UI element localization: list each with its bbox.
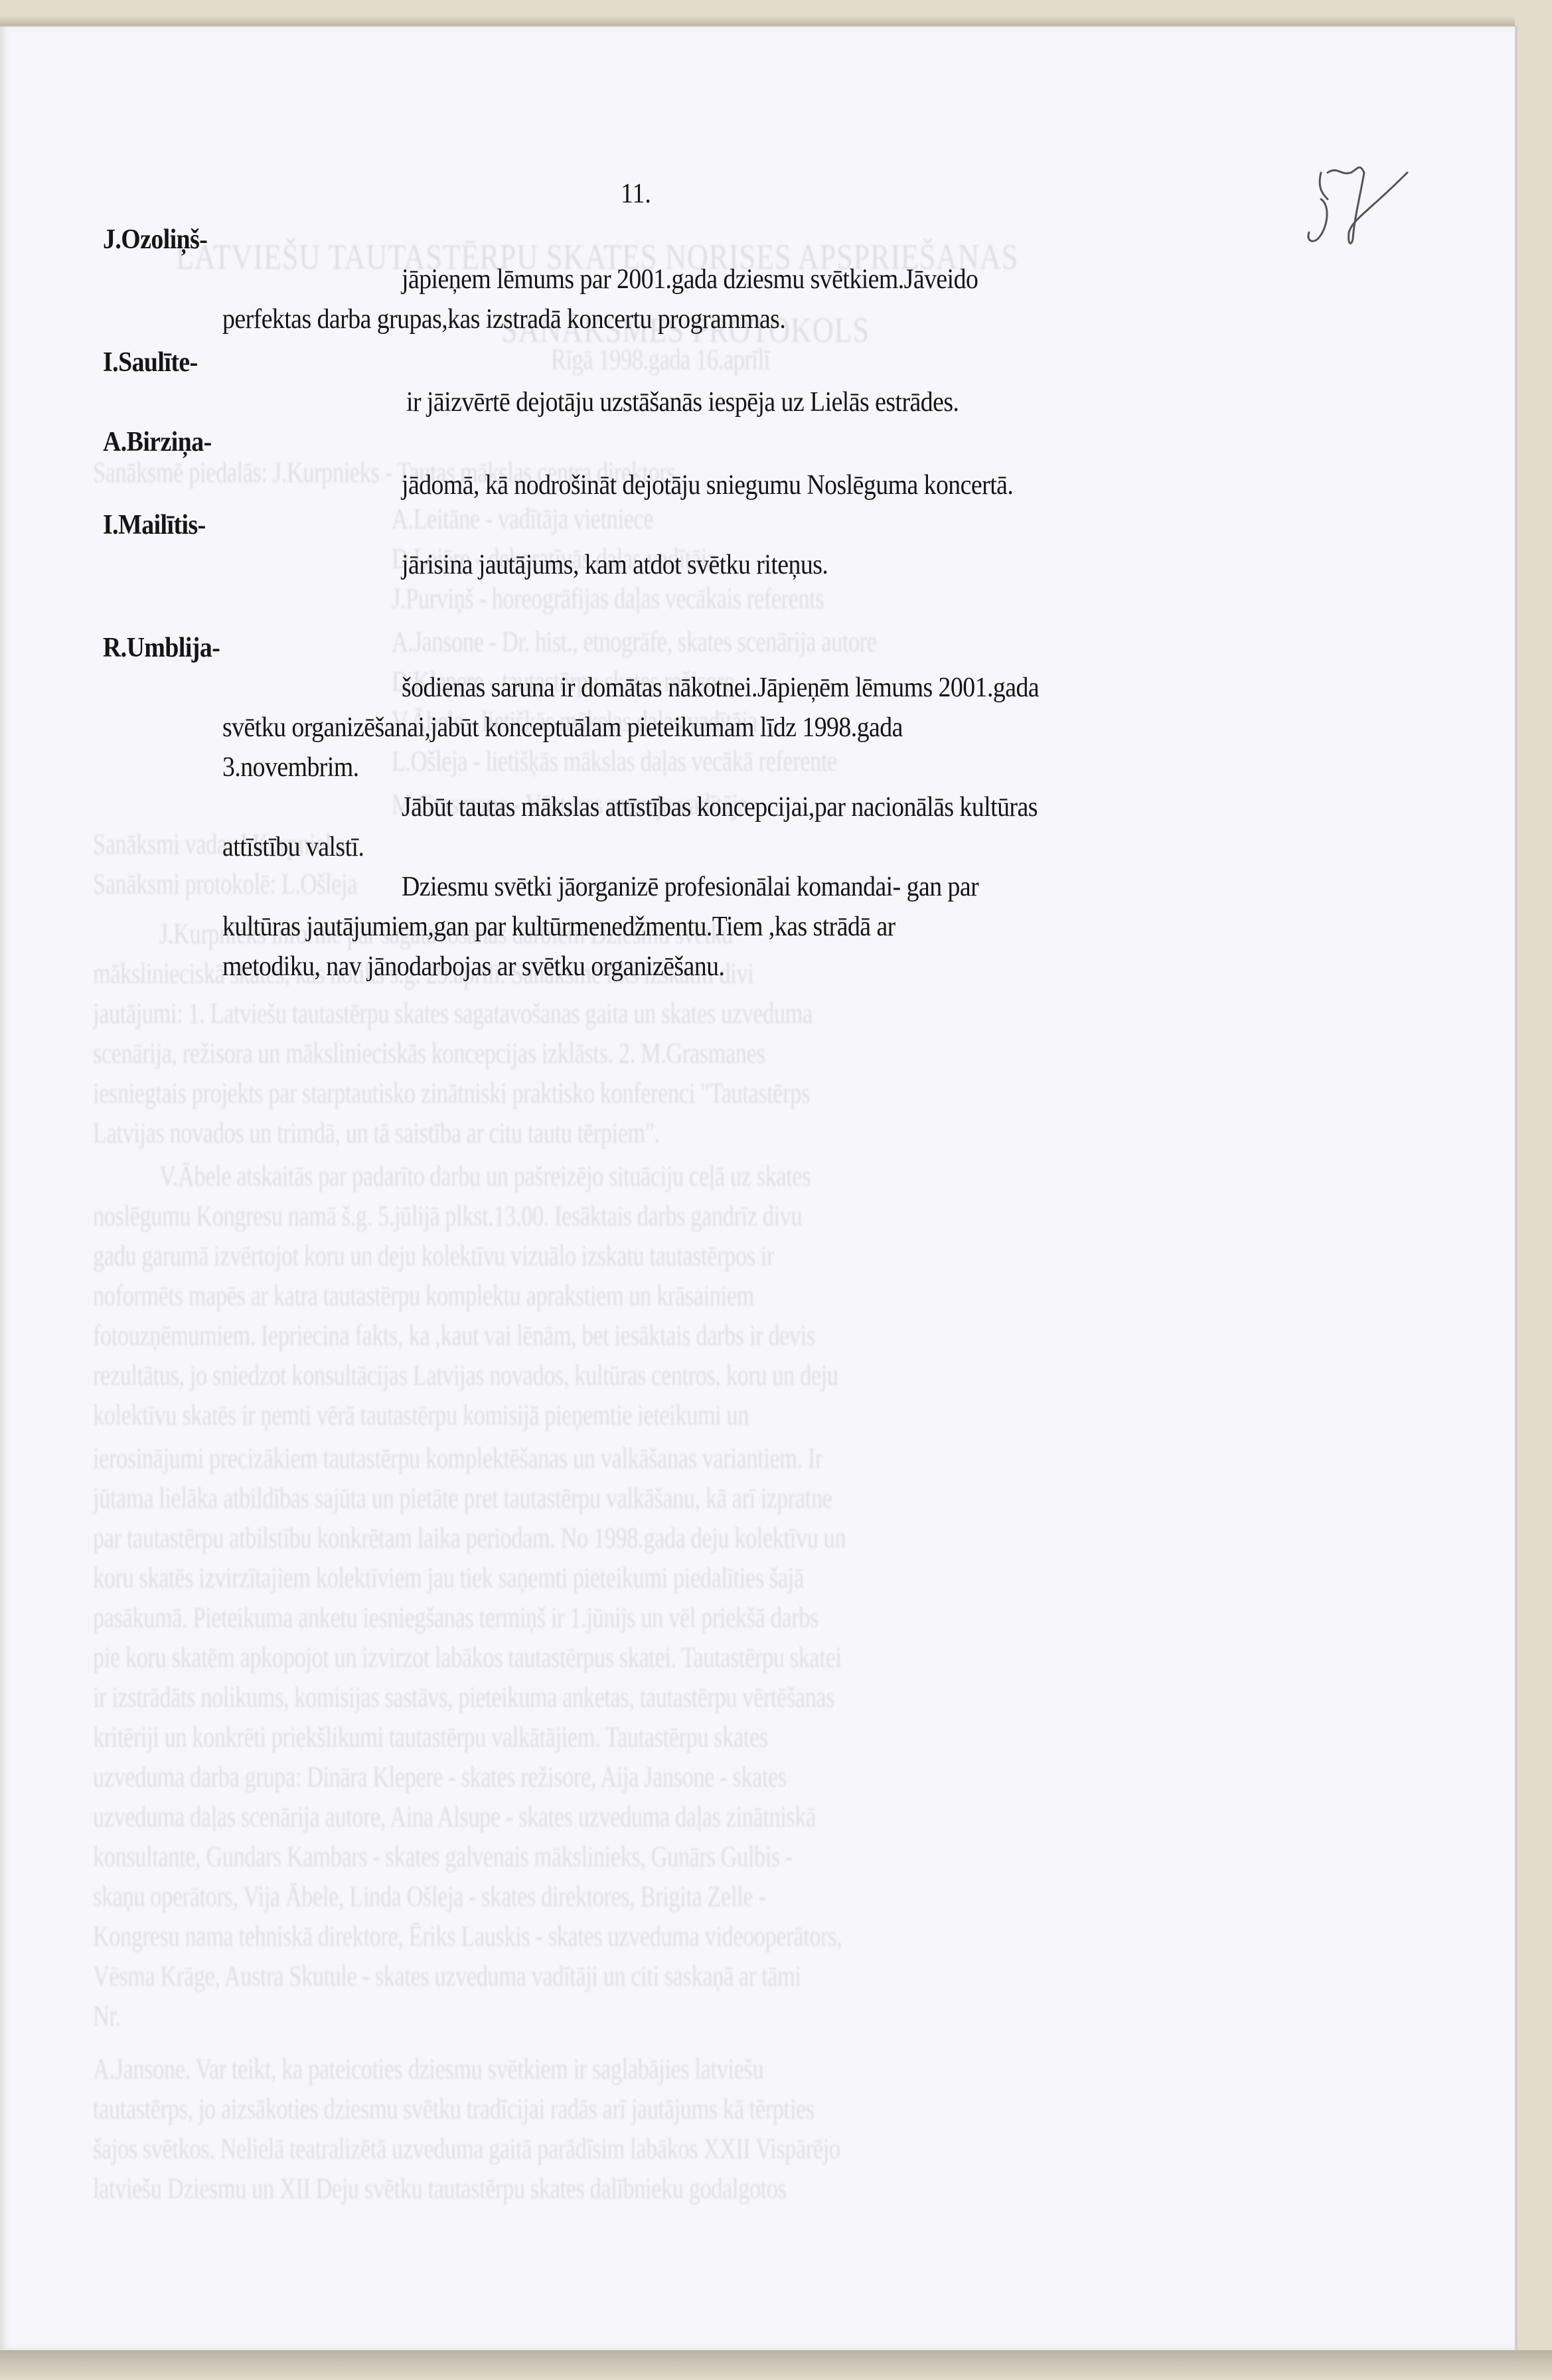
bleed-line: Kongresu nama tehniskā direktore, Ēriks …: [93, 1922, 842, 1951]
bleed-line: pasākumā. Pieteikuma anketu iesniegšanas…: [93, 1603, 818, 1632]
bleed-line: kritēriji un konkrēti priekšlikumi tauta…: [93, 1723, 768, 1752]
speaker-label: I.Saulīte-: [103, 349, 198, 376]
bleed-line: uzveduma daļas scenārija autore, Aina Al…: [93, 1802, 816, 1832]
bleed-line: latviešu Dziesmu un XII Deju svētku taut…: [93, 2174, 787, 2203]
bleed-line: skaņu operātors, Vija Ābele, Linda Ošlej…: [93, 1882, 765, 1911]
speaker-label: R.Umblija-: [103, 634, 220, 662]
page-right-edge: [1515, 25, 1517, 2350]
bleed-line: A.Leitāne - vadītāja vietniece: [392, 505, 653, 534]
bleed-line: V.Ābele atskaitās par padarīto darbu un …: [159, 1162, 811, 1191]
bleed-line: Sanāksmi protokolē: L.Ošleja: [93, 870, 357, 899]
entry-text-line: jārisina jautājums, kam atdot svētku rit…: [402, 551, 828, 579]
bleed-line: gadu garumā izvērtojot koru un deju kole…: [93, 1241, 774, 1271]
bleed-line: noslēgumu Kongresu namā š.g. 5.jūlijā pl…: [93, 1202, 802, 1231]
bleed-line: uzveduma darba grupa: Dināra Klepere - s…: [93, 1763, 787, 1792]
bleed-line: Latvijas novados un trimdā, un tā saistī…: [93, 1119, 660, 1148]
bleed-line: A.Jansone. Var teikt, ka pateicoties dzi…: [93, 2055, 763, 2084]
bleed-line: koru skatēs izvirzītajiem kolektīviem ja…: [93, 1563, 804, 1593]
bleed-line: tautastērps, jo aizsākoties dziesmu svēt…: [93, 2095, 815, 2124]
entry-text-line: jāpieņem lēmums par 2001.gada dziesmu sv…: [402, 266, 978, 293]
bleed-line: scenārija, režisora un mākslinieciskās k…: [93, 1039, 765, 1068]
bleed-line: šajos svētkos. Nelielā teatralizētā uzve…: [93, 2134, 840, 2164]
speaker-label: I.Mailītis-: [103, 511, 206, 539]
bleed-line: rezultātus, jo sniedzot konsultācijas La…: [93, 1361, 838, 1390]
bleed-line: Nr.: [93, 2002, 121, 2031]
entry-text-line: perfektas darba grupas,kas izstradā konc…: [222, 305, 785, 333]
entry-text-line: šodienas saruna ir domātas nākotnei.Jāpi…: [402, 674, 1039, 702]
entry-text-line: kultūras jautājumiem,gan par kultūrmened…: [222, 913, 895, 941]
bleed-line: ir izstrādāts nolikums, komisijas sastāv…: [93, 1683, 834, 1712]
entry-text-line: attīstību valstī.: [222, 833, 364, 861]
bleed-line: jūtama lielāka atbildības sajūta un piet…: [93, 1484, 832, 1513]
entry-text-line: Jābūt tautas mākslas attīstības koncepci…: [402, 793, 1038, 821]
entry-text-line: metodiku, nav jānodarbojas ar svētku org…: [222, 953, 724, 981]
bleed-line: kolektīvu skatēs ir ņemti vērā tautastēr…: [93, 1401, 749, 1430]
bleed-line: iesniegtais projekts par starptautisko z…: [93, 1079, 810, 1108]
bleed-line: par tautastērpu atbilstību konkrētam lai…: [93, 1524, 846, 1553]
bleed-line: noformēts mapēs ar katra tautastērpu kom…: [93, 1281, 754, 1310]
page-number: 11.: [621, 178, 651, 210]
bleed-line: A.Jansone - Dr. hist., etnogrāfe, skates…: [392, 627, 877, 657]
bleed-line: fotouzņēmumiem. Iepriecina fakts, ka ,ka…: [93, 1321, 815, 1350]
entry-text-line: ir jāizvērtē dejotāju uzstāšanās iespēja…: [406, 388, 959, 416]
bleed-date: Rīgā 1998.gada 16.aprīlī: [551, 345, 770, 374]
scanner-bottom-band: [0, 2350, 1552, 2380]
handwritten-page-mark: [1301, 146, 1421, 252]
bleed-line: Vēsma Krāge, Austra Skutule - skates uzv…: [93, 1962, 801, 1991]
entry-text-line: 3.novembrim.: [222, 754, 359, 781]
entry-text-line: svētku organizēšanai,jabūt konceptuālam …: [222, 714, 903, 742]
bleed-line: pie koru skatēm apkopojot un izvirzot la…: [93, 1643, 842, 1672]
entry-text-line: jādomā, kā nodrošināt dejotāju sniegumu …: [402, 471, 1013, 499]
bleed-line: J.Purviņš - horeogrāfijas daļas vecākais…: [392, 584, 824, 613]
top-shadow: [0, 16, 1515, 27]
bleed-line: ierosinājumi precizākiem tautastērpu kom…: [93, 1444, 822, 1473]
speaker-label: J.Ozoliņš-: [103, 226, 207, 254]
bleed-line: L.Ošleja - lietišķās mākslas daļas vecāk…: [392, 747, 837, 776]
bleed-line: jautājumi: 1. Latviešu tautastērpu skate…: [93, 999, 813, 1028]
speaker-label: A.Birziņa-: [103, 428, 212, 456]
entry-text-line: Dziesmu svētki jāorganizē profesionālai …: [402, 873, 978, 901]
bleed-line: konsultante, Gundars Kambars - skates ga…: [93, 1842, 793, 1871]
